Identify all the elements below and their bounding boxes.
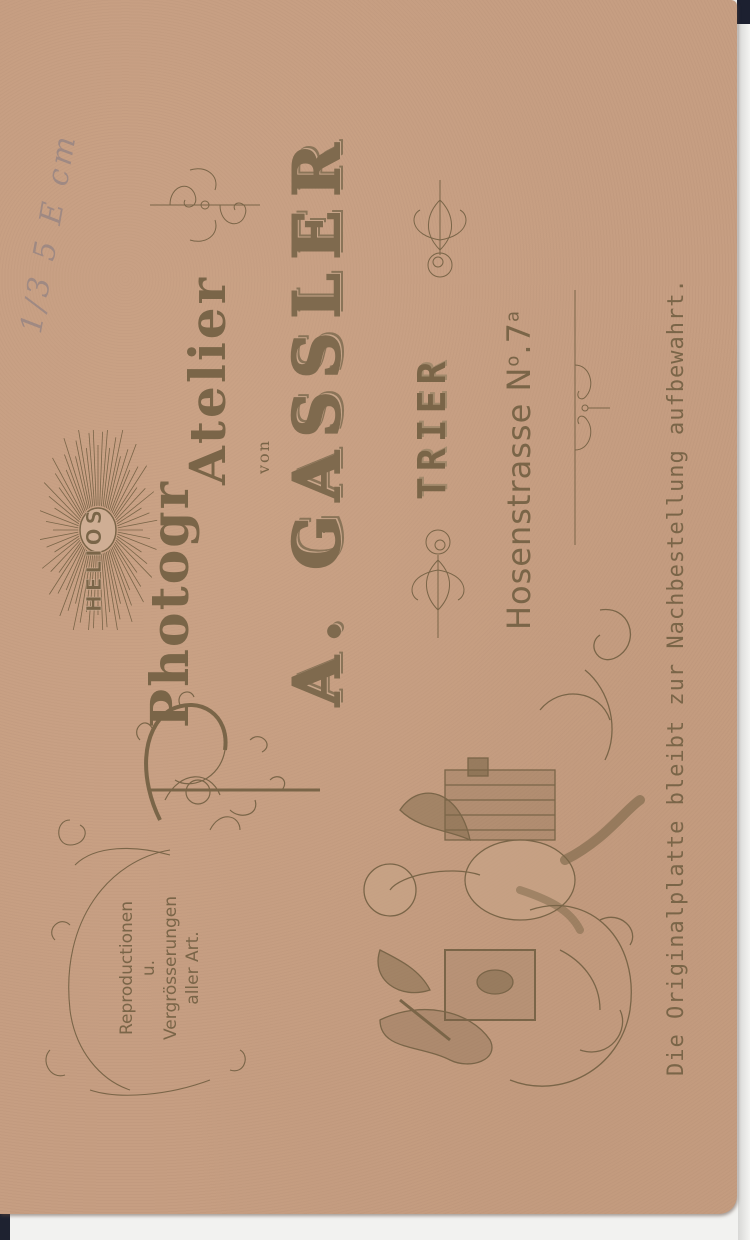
flourish-icon xyxy=(408,180,468,290)
scanner-edge-dark xyxy=(0,1212,10,1240)
footer-note: Die Originalplatte bleibt zur Nachbestel… xyxy=(664,278,689,1076)
city-name: TRIER xyxy=(410,356,454,500)
services-line: Vergrösserungen xyxy=(160,896,182,1040)
scroll-ornament-icon xyxy=(130,150,280,260)
logo-text: HELIOS xyxy=(82,506,106,612)
photo-card-back: 1/3 5 E cm HELIOS Photogr Atelier xyxy=(0,0,737,1214)
cherub-illustration xyxy=(340,590,660,1110)
services-line: aller Art. xyxy=(182,896,204,1040)
services-list: Reproductionen u. Vergrösserungen aller … xyxy=(116,896,204,1040)
services-line: u. xyxy=(138,896,160,1040)
connector-text: von xyxy=(254,439,273,474)
services-line: Reproductionen xyxy=(116,896,138,1040)
street-address: Hosenstrasse No.7a xyxy=(500,310,538,630)
scanner-edge-dark xyxy=(737,0,750,24)
header-line2: Atelier xyxy=(178,275,237,485)
header-line1: Photogr xyxy=(140,480,201,728)
divider-ornament-icon xyxy=(560,290,620,550)
pencil-note: 1/3 5 E cm xyxy=(14,130,84,336)
scanner-background xyxy=(738,0,750,1240)
